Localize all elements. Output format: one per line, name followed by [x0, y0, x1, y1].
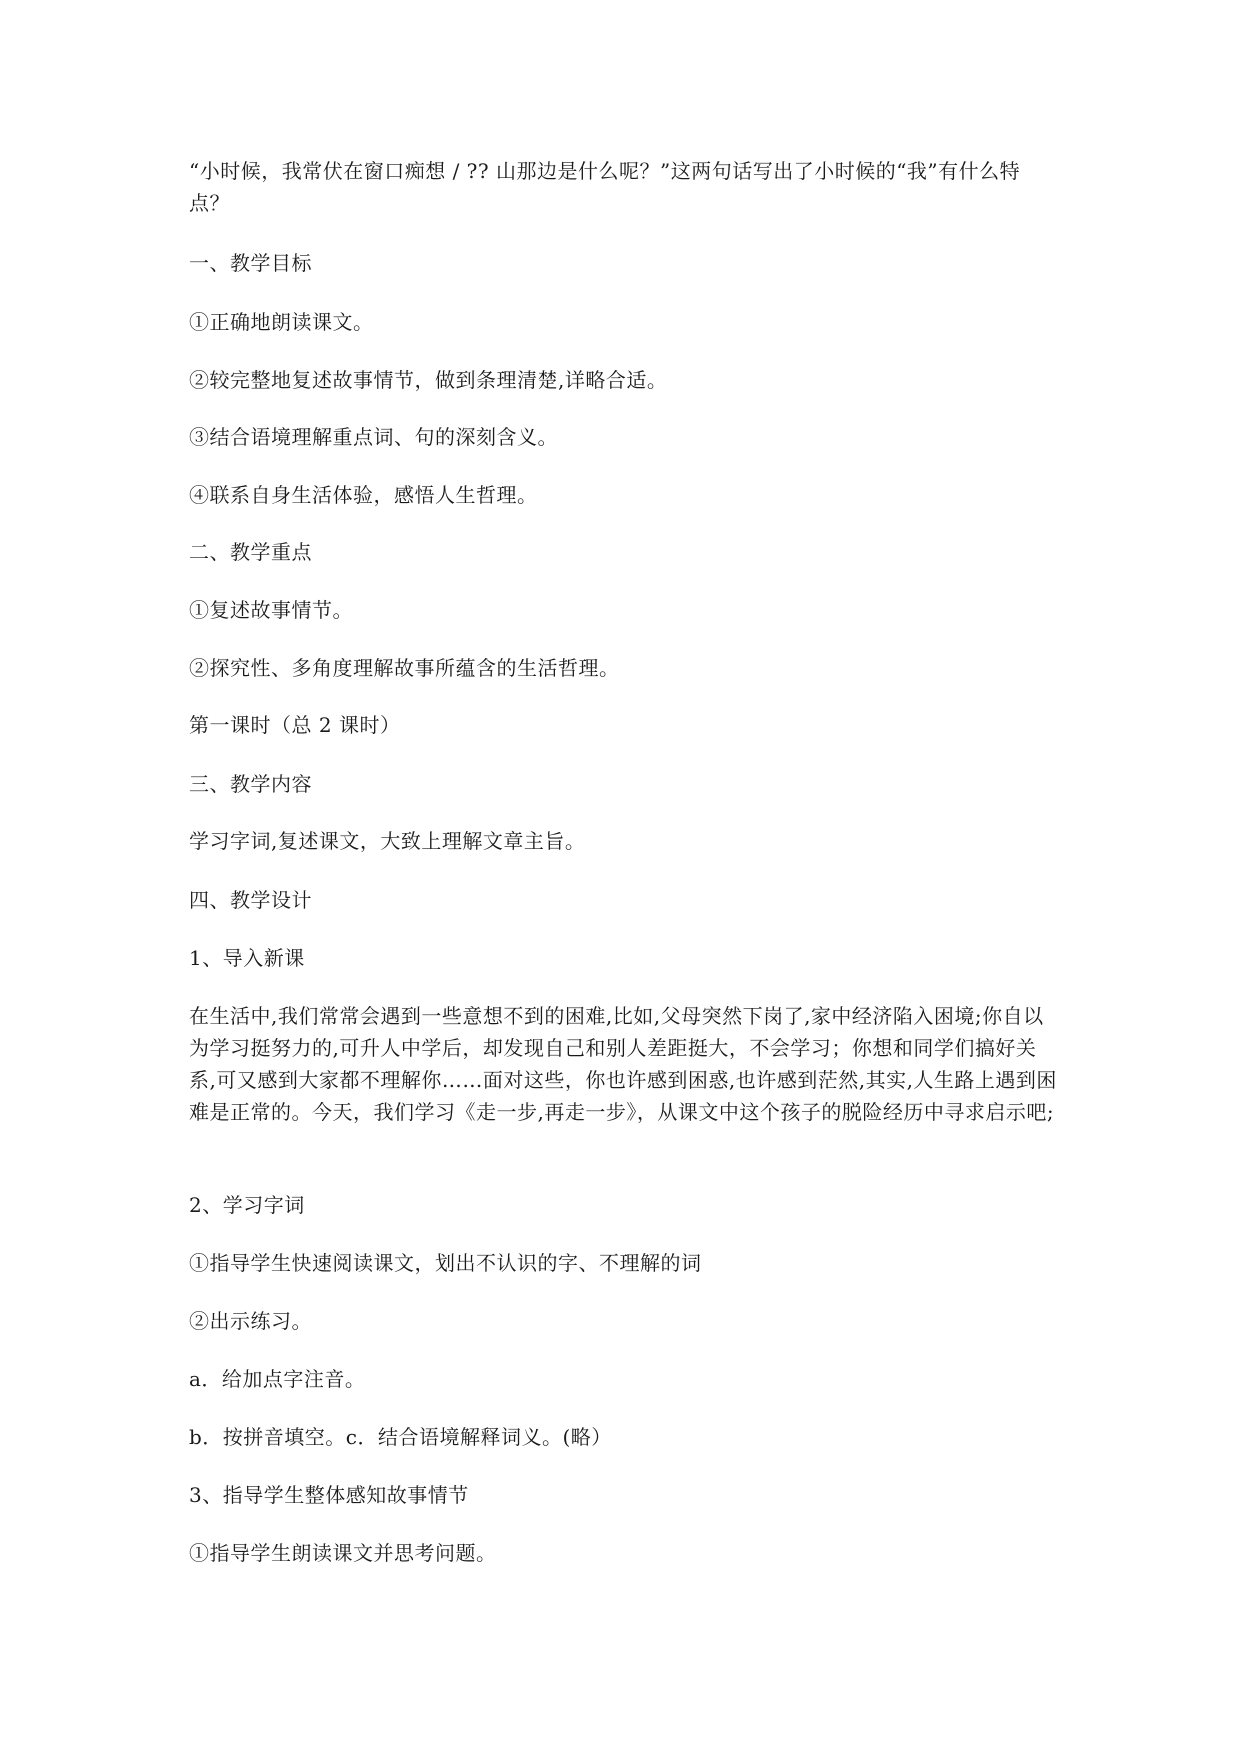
- step-heading: 2、学习字词: [189, 1189, 1059, 1221]
- step-heading: 1、导入新课: [189, 942, 1059, 974]
- key-point-item: ②探究性、多角度理解故事所蕴含的生活哲理。: [189, 652, 1059, 684]
- goal-item: ④联系自身生活体验，感悟人生哲理。: [189, 479, 1059, 511]
- exercise-item: a．给加点字注音。: [189, 1363, 1059, 1395]
- lesson-label: 第一课时（总 2 课时）: [189, 709, 1059, 741]
- intro-paragraph: 在生活中,我们常常会遇到一些意想不到的困难,比如,父母突然下岗了,家中经济陷入困…: [189, 1000, 1059, 1128]
- goal-item: ①正确地朗读课文。: [189, 306, 1059, 338]
- vocab-item: ②出示练习。: [189, 1305, 1059, 1337]
- step-heading: 3、指导学生整体感知故事情节: [189, 1479, 1059, 1511]
- goal-item: ③结合语境理解重点词、句的深刻含义。: [189, 421, 1059, 453]
- vocab-item: ①指导学生快速阅读课文，划出不认识的字、不理解的词: [189, 1247, 1059, 1279]
- exercise-item: b．按拼音填空。c．结合语境解释词义。(略）: [189, 1421, 1059, 1453]
- goal-item: ②较完整地复述故事情节，做到条理清楚,详略合适。: [189, 364, 1059, 396]
- section-heading-key-points: 二、教学重点: [189, 536, 1059, 568]
- question-paragraph: “小时候，我常伏在窗口痴想 / ?? 山那边是什么呢？”这两句话写出了小时候的“…: [189, 155, 1059, 219]
- section-heading-goals: 一、教学目标: [189, 247, 1059, 279]
- reading-item: ①指导学生朗读课文并思考问题。: [189, 1537, 1059, 1569]
- section-heading-content: 三、教学内容: [189, 768, 1059, 800]
- content-paragraph: 学习字词,复述课文，大致上理解文章主旨。: [189, 825, 1059, 857]
- section-heading-design: 四、教学设计: [189, 884, 1059, 916]
- key-point-item: ①复述故事情节。: [189, 594, 1059, 626]
